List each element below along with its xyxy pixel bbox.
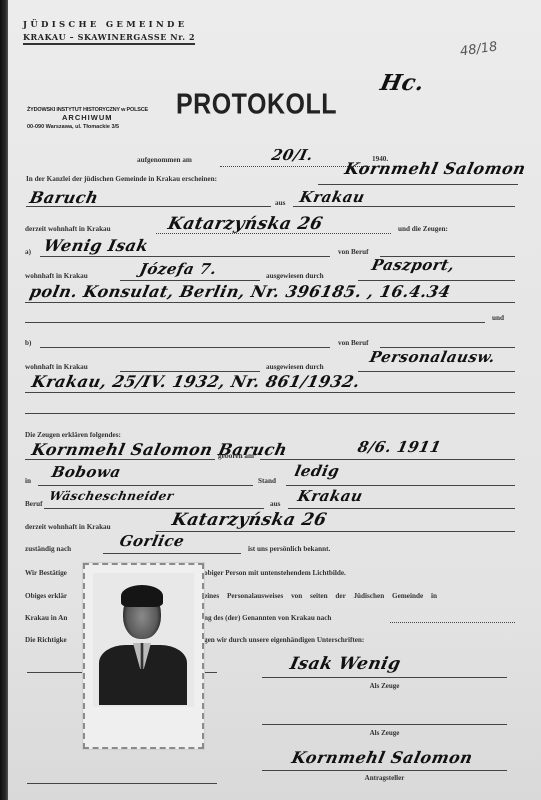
archive-stamp-line2: ARCHIWUM — [62, 113, 113, 122]
erklaeren-label: Die Zeugen erklären folgendes: — [25, 431, 121, 439]
stand-label: Stand — [258, 477, 276, 485]
page-title: PROTOKOLL — [176, 88, 337, 121]
aus-label: aus — [275, 199, 285, 207]
para1-left: Wir Bestätige — [25, 569, 67, 577]
witness-a-name: Wenig Isak — [42, 236, 150, 255]
witness-b-marker: b) — [25, 339, 31, 347]
scan-edge — [0, 0, 8, 800]
witness-a-ausgewiesen-value: Paszport, — [370, 256, 456, 274]
kanzlei-label: In der Kanzlei der jüdischen Gemeinde in… — [26, 175, 217, 183]
bekannt-label: ist uns persönlich bekannt. — [248, 545, 330, 553]
zustaendig-label: zuständig nach — [25, 545, 71, 553]
para4-left: Die Richtigke — [25, 636, 67, 644]
para3-right: ng des (der) Genannten von Krakau nach — [204, 614, 331, 622]
witness-b-ausgewiesen-value: Personalausw. — [368, 348, 497, 366]
wohnhaft-value: Katarzyńska 26 — [166, 214, 325, 234]
beruf-value: Wäscheschneider — [48, 489, 175, 503]
letterhead-line2: KRAKAU – SKAWINERGASSE Nr. 2 — [23, 32, 195, 45]
document-page: JÜDISCHE GEMEINDE KRAKAU – SKAWINERGASSE… — [8, 0, 541, 800]
aufgenommen-value: 20/I. — [270, 146, 315, 164]
stand-value: ledig — [293, 462, 341, 480]
witness1-caption: Als Zeuge — [262, 682, 507, 690]
beruf-label: Beruf — [25, 500, 43, 508]
applicant-signature: Kornmehl Salomon — [290, 748, 475, 767]
para1-right: obiger Person mit untenstehendem Lichtbi… — [204, 569, 346, 577]
archive-number: 48/18 — [459, 39, 498, 59]
wohnhaft-label: derzeit wohnhaft in Krakau — [25, 225, 111, 233]
aus-value: Krakau — [298, 188, 367, 206]
wohnhaft2-value: Katarzyńska 26 — [170, 510, 329, 530]
para4-right: gen wir durch unsere eigenhändigen Unter… — [204, 636, 364, 644]
archive-stamp-line3: 00-090 Warszawa, ul. Tłomackie 3/5 — [27, 124, 119, 130]
photo-hair — [121, 585, 163, 607]
witness-a-wohnhaft-value: Józefa 7. — [138, 260, 219, 278]
para2-left: Obiges erklär — [25, 592, 67, 600]
initials-annotation: Hc. — [378, 70, 427, 96]
witness1-signature: Isak Wenig — [288, 654, 403, 674]
portrait-photo — [83, 563, 204, 749]
wohnhaft2-label: derzeit wohnhaft in Krakau — [25, 523, 111, 531]
witness-a-wohnhaft-label: wohnhaft in Krakau — [25, 272, 88, 280]
witness-b-beruf-label: von Beruf — [338, 339, 369, 347]
applicant-name-a: Kornmehl Salomon — [343, 159, 528, 178]
und-label: und — [492, 314, 504, 322]
in-label: in — [25, 477, 31, 485]
witness2-caption: Als Zeuge — [262, 729, 507, 737]
zustaendig-value: Gorlice — [118, 532, 186, 550]
witness-b-ausgewiesen-label: ausgewiesen durch — [266, 363, 324, 371]
geboren-value: 8/6. 1911 — [356, 438, 443, 456]
aus2-label: aus — [270, 500, 280, 508]
para3-left: Krakau in An — [25, 614, 67, 622]
witness-a-beruf-label: von Beruf — [338, 248, 369, 256]
witness-a-marker: a) — [25, 248, 31, 256]
witness-a-ausgewiesen-label: ausgewiesen durch — [266, 272, 324, 280]
in-value: Bobowa — [50, 463, 123, 481]
geboren-label: geboren am — [218, 452, 254, 460]
aufgenommen-label: aufgenommen am — [137, 156, 192, 164]
applicant-caption: Antragsteller — [262, 774, 507, 782]
aus2-value: Krakau — [296, 487, 365, 505]
witness-a-document: poln. Konsulat, Berlin, Nr. 396185. , 16… — [28, 282, 452, 301]
letterhead-line1: JÜDISCHE GEMEINDE — [23, 20, 187, 30]
zeugen-label: und die Zeugen: — [398, 225, 448, 233]
para2-right: eines Personalausweises von seiten der J… — [204, 592, 437, 600]
witness-b-document: Krakau, 25/IV. 1932, Nr. 861/1932. — [30, 372, 362, 391]
witness-b-wohnhaft-label: wohnhaft in Krakau — [25, 363, 88, 371]
applicant-name-b: Baruch — [28, 188, 100, 207]
